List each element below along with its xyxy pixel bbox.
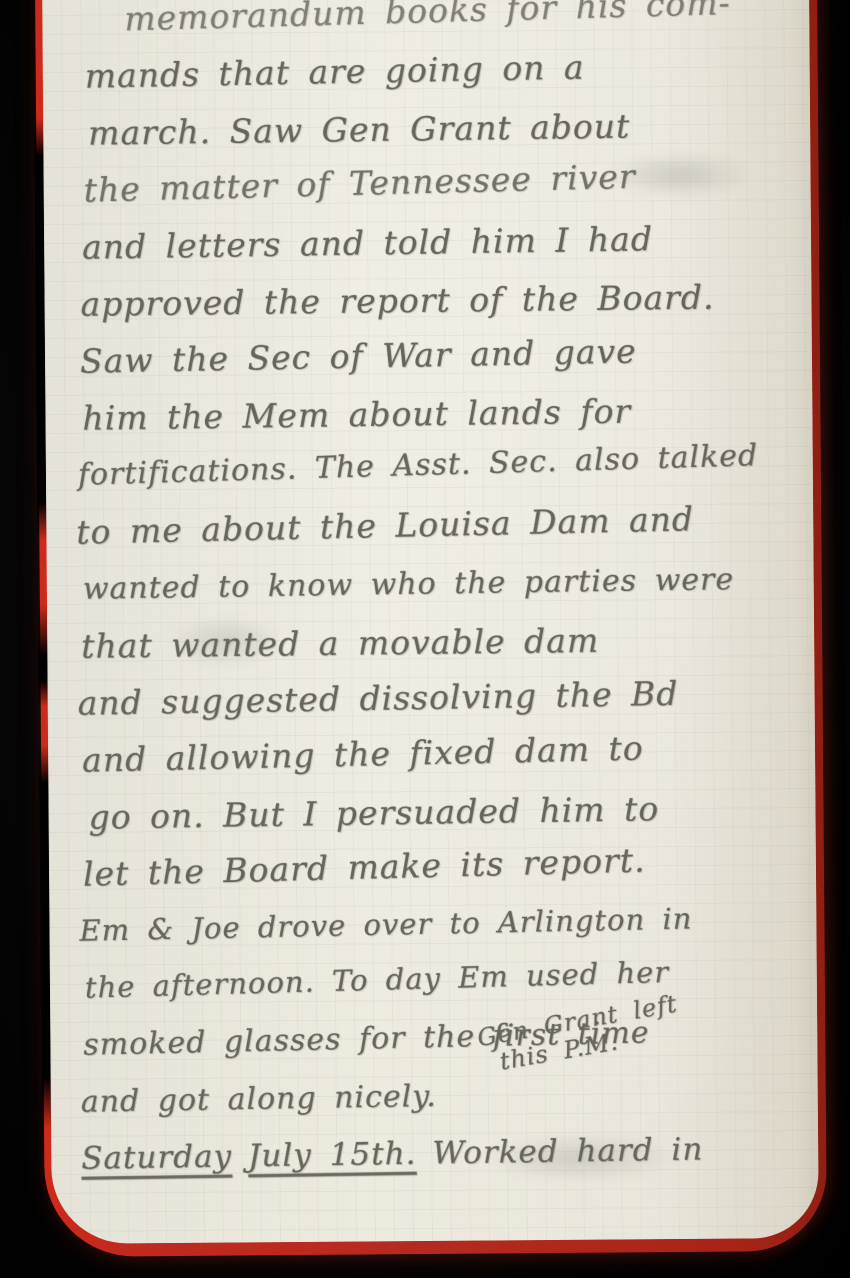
handwritten-diary-entry: memorandum books for his com- mands that… <box>72 0 806 1188</box>
handwriting-line: and letters and told him I had <box>82 208 800 276</box>
date-heading-line: SaturdayJuly 15th.Worked hard in <box>81 1120 807 1188</box>
entry-start-text: Worked hard in <box>432 1132 703 1172</box>
handwriting-line: wanted to know who the parties were <box>82 550 802 618</box>
photo-background: memorandum books for his com- mands that… <box>0 0 850 1278</box>
day-of-week: Saturday <box>81 1138 238 1176</box>
notebook-page: memorandum books for his com- mands that… <box>42 0 819 1244</box>
entry-date: July 15th. <box>248 1136 423 1175</box>
handwriting-line: Saw the Sec of War and gave <box>79 320 800 390</box>
notebook-page-red-edge: memorandum books for his com- mands that… <box>35 0 827 1257</box>
handwriting-line: mands that are going on a <box>84 35 798 105</box>
handwriting-text: and got along nicely. <box>81 1079 438 1120</box>
handwriting-line: and got along nicely. Gen Grant left thi… <box>80 1062 806 1131</box>
